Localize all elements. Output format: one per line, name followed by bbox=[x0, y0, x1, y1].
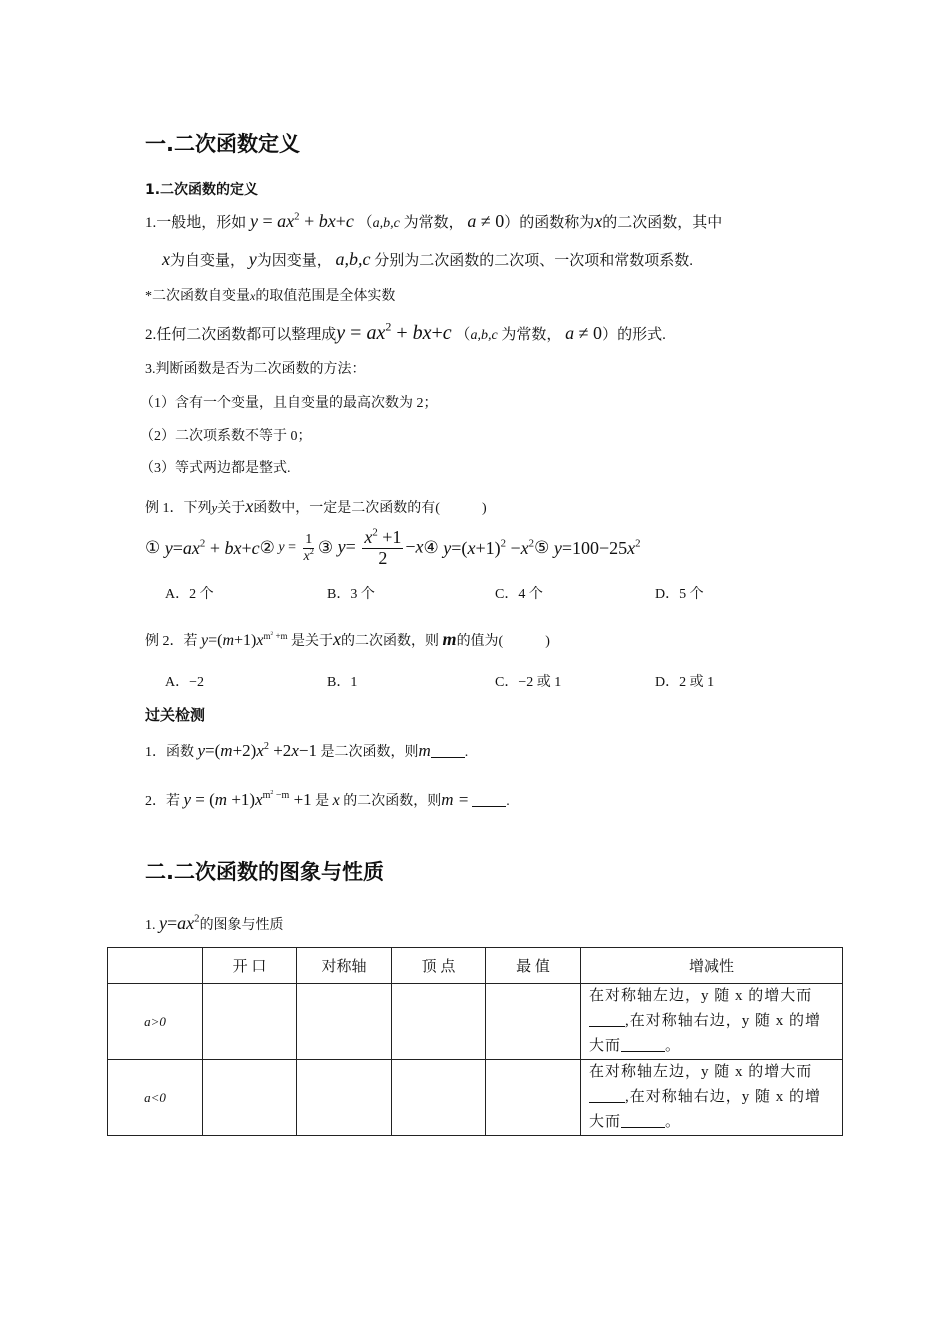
text: 1.一般地，形如 bbox=[145, 215, 246, 231]
table-cell[interactable] bbox=[392, 1060, 486, 1136]
table-header-extremum: 最 值 bbox=[486, 948, 581, 984]
item-marker-3: ③ bbox=[318, 538, 333, 558]
rule-3: （3）等式两边都是整式. bbox=[140, 459, 291, 479]
domain-note: *二次函数自变量x的取值范围是全体实数 bbox=[145, 286, 395, 307]
item-marker-2: ② bbox=[260, 538, 275, 558]
text: 关于 bbox=[217, 501, 245, 516]
text: 为常数， bbox=[501, 327, 561, 343]
text: *二次函数自变量 bbox=[145, 289, 250, 304]
table-cell[interactable] bbox=[203, 984, 297, 1060]
formula-part: c bbox=[346, 211, 354, 231]
table-cell[interactable] bbox=[297, 1060, 392, 1136]
var-x: x bbox=[333, 792, 340, 809]
table-row: a>0 在对称轴左边，y 随 x 的增大而 ,在对称轴右边，y 随 x 的增大而… bbox=[108, 984, 843, 1060]
table-cell[interactable] bbox=[486, 1060, 581, 1136]
text: 为自变量， bbox=[170, 253, 245, 269]
answer-blank[interactable] bbox=[431, 743, 465, 758]
formula-part: bx bbox=[413, 322, 432, 344]
rule-1: （1）含有一个变量，且自变量的最高次数为 2； bbox=[140, 394, 438, 414]
table-cell[interactable] bbox=[203, 1060, 297, 1136]
text: 为常数， bbox=[404, 215, 464, 231]
text: 1. bbox=[145, 918, 156, 933]
var-m: m = bbox=[441, 790, 469, 809]
example-2-option-c: C．−2 或 1 bbox=[495, 673, 561, 693]
table-header-empty bbox=[108, 948, 203, 984]
text: ）的函数称为 bbox=[504, 215, 594, 231]
formula-part: + bbox=[391, 322, 412, 344]
formula-1: y=ax2 + bx+c bbox=[160, 538, 259, 559]
method-title: 3.判断函数是否为二次函数的方法： bbox=[145, 360, 366, 380]
formula-part: + bbox=[300, 211, 319, 231]
example-2-question: 例 2．若 y=(m+1)xm2 +m 是关于x的二次函数，则 m的值为( ) bbox=[145, 629, 550, 652]
coefficient-vars: a,b,c bbox=[373, 216, 400, 231]
row-label-a-negative: a<0 bbox=[108, 1060, 203, 1136]
coefficient-vars: a,b,c bbox=[470, 328, 497, 343]
text: 1．函数 bbox=[145, 745, 194, 760]
text: 的图象与性质 bbox=[200, 918, 284, 933]
formula-check-2: y = (m +1)xm2 −m +1 bbox=[184, 790, 312, 809]
table-cell[interactable] bbox=[486, 984, 581, 1060]
coefficient-vars: a,b,c bbox=[336, 249, 371, 269]
formula-example-2: y=(m+1)xm2 +m bbox=[201, 632, 288, 649]
monotonicity-description: 在对称轴左边，y 随 x 的增大而 ,在对称轴右边，y 随 x 的增大而。 bbox=[581, 984, 843, 1060]
monotonicity-description: 在对称轴左边，y 随 x 的增大而 ,在对称轴右边，y 随 x 的增大而。 bbox=[581, 1060, 843, 1136]
table-header-vertex: 顶 点 bbox=[392, 948, 486, 984]
formula-check-1: y=(m+2)x2 +2x−1 bbox=[198, 741, 317, 760]
formula-part: + bbox=[432, 322, 443, 344]
standard-form-paragraph: 2.任何二次函数都可以整理成y = ax2 + bx+c （a,b,c 为常数，… bbox=[145, 323, 666, 346]
check-question-1: 1．函数 y=(m+2)x2 +2x−1 是二次函数，则m. bbox=[145, 741, 468, 763]
section-2-title: 二.二次函数的图象与性质 bbox=[145, 856, 384, 886]
text: 的二次函数，则 bbox=[343, 794, 441, 809]
formula-2: y = 1x2 bbox=[275, 532, 318, 564]
formula-4: y=(x+1)2 −x2 bbox=[439, 538, 534, 559]
formula-part: ≠ 0 bbox=[574, 323, 602, 343]
example-2-option-d: D．2 或 1 bbox=[655, 673, 714, 693]
rule-2: （2）二次项系数不等于 0； bbox=[140, 427, 312, 447]
text: 的取值范围是全体实数 bbox=[255, 289, 395, 304]
item-marker-4: ④ bbox=[424, 538, 439, 558]
answer-blank[interactable] bbox=[621, 1036, 665, 1052]
answer-blank[interactable] bbox=[589, 1087, 625, 1103]
formula-3: y= x2 +12−x bbox=[333, 528, 423, 569]
table-row: a<0 在对称轴左边，y 随 x 的增大而 ,在对称轴右边，y 随 x 的增大而… bbox=[108, 1060, 843, 1136]
text: 分别为二次函数的二次项、一次项和常数项系数. bbox=[374, 253, 693, 269]
subsection-definition-title: 1.二次函数的定义 bbox=[145, 179, 258, 199]
subsection-graph-title: 1. y=ax2的图象与性质 bbox=[145, 913, 284, 936]
text: 。 bbox=[665, 1038, 681, 1054]
text: 的二次函数，其中 bbox=[602, 215, 722, 231]
nonzero-condition: a bbox=[565, 323, 574, 343]
answer-blank[interactable] bbox=[621, 1112, 665, 1128]
var-y: y bbox=[249, 249, 257, 269]
formula-general: y bbox=[336, 322, 345, 344]
table-cell[interactable] bbox=[392, 984, 486, 1060]
text: （ bbox=[358, 215, 373, 231]
formula-part: ax2 bbox=[366, 322, 391, 344]
text: ）的形式. bbox=[602, 327, 666, 343]
example-1-option-b: B．3 个 bbox=[327, 585, 375, 605]
formula-part: ax2 bbox=[277, 211, 299, 231]
definition-paragraph-line1: 1.一般地，形如 y = ax2 + bx+c （a,b,c 为常数， a ≠ … bbox=[145, 211, 722, 234]
item-marker-5: ⑤ bbox=[534, 538, 549, 558]
formula-part: = bbox=[345, 322, 366, 344]
text: 在对称轴左边，y 随 x 的增大而 bbox=[589, 1064, 812, 1080]
var-m: m bbox=[443, 629, 457, 649]
text: 。 bbox=[665, 1114, 681, 1130]
text: 是关于 bbox=[291, 634, 333, 649]
formula-general: y bbox=[250, 211, 258, 231]
item-marker-1: ① bbox=[145, 538, 160, 558]
text: 为因变量， bbox=[257, 253, 332, 269]
formula-5: y=100−25x2 bbox=[549, 538, 640, 559]
example-1-formulas: ① y=ax2 + bx+c ② y = 1x2 ③ y= x2 +12−x ④… bbox=[145, 528, 641, 569]
text: 例 1．下列 bbox=[145, 501, 212, 516]
check-title: 过关检测 bbox=[145, 704, 205, 725]
example-1-question: 例 1．下列y关于x函数中，一定是二次函数的有( ) bbox=[145, 496, 487, 519]
check-question-2: 2．若 y = (m +1)xm2 −m +1 是 x 的二次函数，则m =. bbox=[145, 790, 510, 812]
text: （ bbox=[455, 327, 470, 343]
text: 2.任何二次函数都可以整理成 bbox=[145, 327, 336, 343]
text: . bbox=[465, 745, 469, 760]
example-1-option-c: C．4 个 bbox=[495, 585, 543, 605]
example-2-option-a: A．−2 bbox=[165, 673, 204, 693]
formula-part: + bbox=[336, 211, 346, 231]
text: . bbox=[506, 794, 510, 809]
text: 函数中，一定是二次函数的有( ) bbox=[253, 501, 486, 516]
table-cell[interactable] bbox=[297, 984, 392, 1060]
answer-blank[interactable] bbox=[589, 1011, 625, 1027]
text: 2．若 bbox=[145, 794, 180, 809]
text: 的值为( ) bbox=[457, 634, 550, 649]
text: 的二次函数，则 bbox=[341, 634, 439, 649]
table-header-monotonicity: 增减性 bbox=[581, 948, 843, 984]
section-1-title: 一.二次函数定义 bbox=[145, 128, 300, 158]
formula-part: ≠ 0 bbox=[476, 211, 504, 231]
text: 例 2．若 bbox=[145, 634, 198, 649]
text: 在对称轴左边，y 随 x 的增大而 bbox=[589, 988, 812, 1004]
properties-table: 开 口 对称轴 顶 点 最 值 增减性 a>0 在对称轴左边，y 随 x 的增大… bbox=[107, 947, 843, 1136]
var-m: m bbox=[418, 741, 430, 760]
var-x: x bbox=[333, 629, 341, 649]
example-2-option-b: B．1 bbox=[327, 673, 357, 693]
definition-paragraph-line2: x为自变量， y为因变量， a,b,c 分别为二次函数的二次项、一次项和常数项系… bbox=[162, 249, 693, 271]
var-x: x bbox=[162, 249, 170, 269]
formula-part: c bbox=[443, 322, 452, 344]
text: 是 bbox=[315, 794, 329, 809]
example-1-option-a: A．2 个 bbox=[165, 585, 214, 605]
formula-part: = bbox=[258, 211, 277, 231]
example-1-option-d: D．5 个 bbox=[655, 585, 704, 605]
formula-ax2: y=ax2 bbox=[159, 913, 200, 933]
table-header-opening: 开 口 bbox=[203, 948, 297, 984]
text: 是二次函数，则 bbox=[320, 745, 418, 760]
row-label-a-positive: a>0 bbox=[108, 984, 203, 1060]
table-header-row: 开 口 对称轴 顶 点 最 值 增减性 bbox=[108, 948, 843, 984]
formula-part: bx bbox=[319, 211, 336, 231]
table-header-axis: 对称轴 bbox=[297, 948, 392, 984]
answer-blank[interactable] bbox=[472, 792, 506, 807]
